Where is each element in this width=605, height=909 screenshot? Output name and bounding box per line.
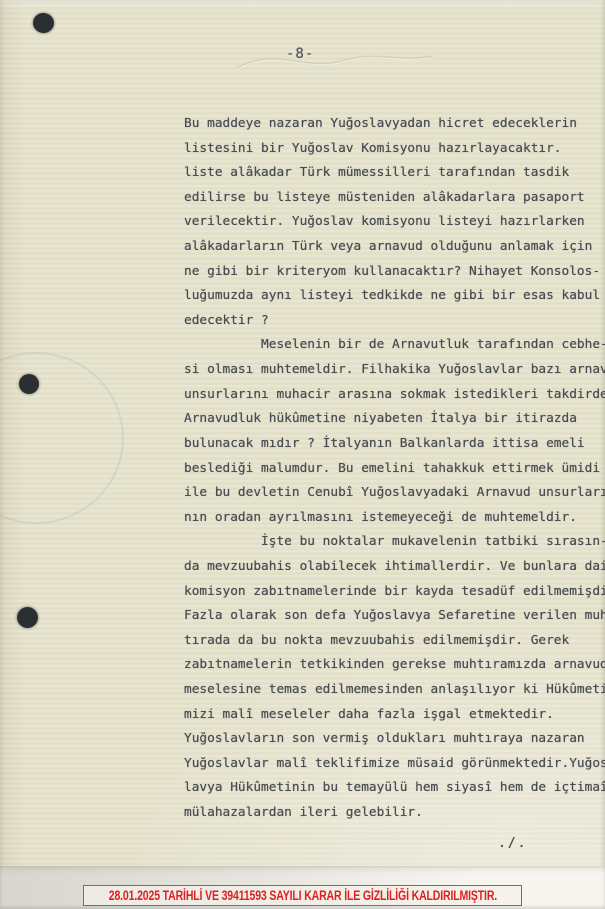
- faint-stamp-impression: [0, 352, 124, 524]
- text-line: Bu maddeye nazaran Yuğoslavyadan hicret …: [184, 112, 605, 137]
- text-line: mülahazalardan ileri gelebilir.: [184, 801, 605, 826]
- text-line: si olması muhtemeldir. Filhakika Yuğosla…: [184, 358, 605, 383]
- continuation-mark: ./.: [498, 836, 527, 851]
- page-number: -8-: [286, 46, 314, 62]
- text-line: edecektir ?: [184, 309, 605, 334]
- text-line: meselesine temas edilmemesinden anlaşılı…: [184, 678, 605, 703]
- text-line: İşte bu noktalar mukavelenin tatbiki sır…: [184, 530, 605, 555]
- paper-crease: [235, 38, 435, 83]
- text-line: Yuğoslavların son vermiş oldukları muhtı…: [184, 727, 605, 752]
- text-line: luğumuzda aynı listeyi tedkikde ne gibi …: [184, 284, 605, 309]
- bottom-scan-strip: 28.01.2025 TARİHLİ VE 39411593 SAYILI KA…: [0, 866, 605, 909]
- text-line: Meselenin bir de Arnavutluk tarafından c…: [184, 333, 605, 358]
- text-line: ne gibi bir kriteryom kullanacaktır? Nih…: [184, 260, 605, 285]
- scanned-page: -8- Bu maddeye nazaran Yuğoslavyadan hic…: [0, 0, 605, 909]
- text-line: tırada da bu nokta mevzuubahis edilmemiş…: [184, 629, 605, 654]
- text-line: Fazla olarak son defa Yuğoslavya Sefaret…: [184, 604, 605, 629]
- declassification-banner: 28.01.2025 TARİHLİ VE 39411593 SAYILI KA…: [83, 885, 522, 906]
- text-line: verilecektir. Yuğoslav komisyonu listeyi…: [184, 210, 605, 235]
- punch-hole-top: [32, 12, 56, 35]
- punch-hole-bottom: [17, 607, 38, 628]
- text-line: beslediği malumdur. Bu emelini tahakkuk …: [184, 457, 605, 482]
- text-line: lavya Hükûmetinin bu temayülü hem siyasî…: [184, 776, 605, 801]
- text-line: da mevzuubahis olabilecek ihtimallerdir.…: [184, 555, 605, 580]
- text-line: komisyon zabıtnamelerinde bir kayda tesa…: [184, 580, 605, 605]
- declassification-banner-text: 28.01.2025 TARİHLİ VE 39411593 SAYILI KA…: [108, 888, 496, 903]
- document-text: Bu maddeye nazaran Yuğoslavyadan hicret …: [184, 112, 605, 826]
- text-line: alâkadarların Türk veya arnavud olduğunu…: [184, 235, 605, 260]
- text-line: ile bu devletin Cenubî Yuğoslavyadaki Ar…: [184, 481, 605, 506]
- text-line: Arnavudluk hükûmetine niyabeten İtalya b…: [184, 407, 605, 432]
- text-line: liste alâkadar Türk mümessilleri tarafın…: [184, 161, 605, 186]
- text-line: mizi malî meseleler daha fazla işgal etm…: [184, 703, 605, 728]
- text-line: bulunacak mıdır ? İtalyanın Balkanlarda …: [184, 432, 605, 457]
- text-line: nın oradan ayrılmasını istemeyeceği de m…: [184, 506, 605, 531]
- text-line: zabıtnamelerin tetkikinden gerekse muhtı…: [184, 653, 605, 678]
- text-line: listesini bir Yuğoslav Komisyonu hazırla…: [184, 137, 605, 162]
- text-line: Yuğoslavlar malî teklifimize müsaid görü…: [184, 752, 605, 777]
- text-line: edilirse bu listeye müsteniden alâkadarl…: [184, 186, 605, 211]
- text-line: unsurlarını muhacir arasına sokmak isted…: [184, 383, 605, 408]
